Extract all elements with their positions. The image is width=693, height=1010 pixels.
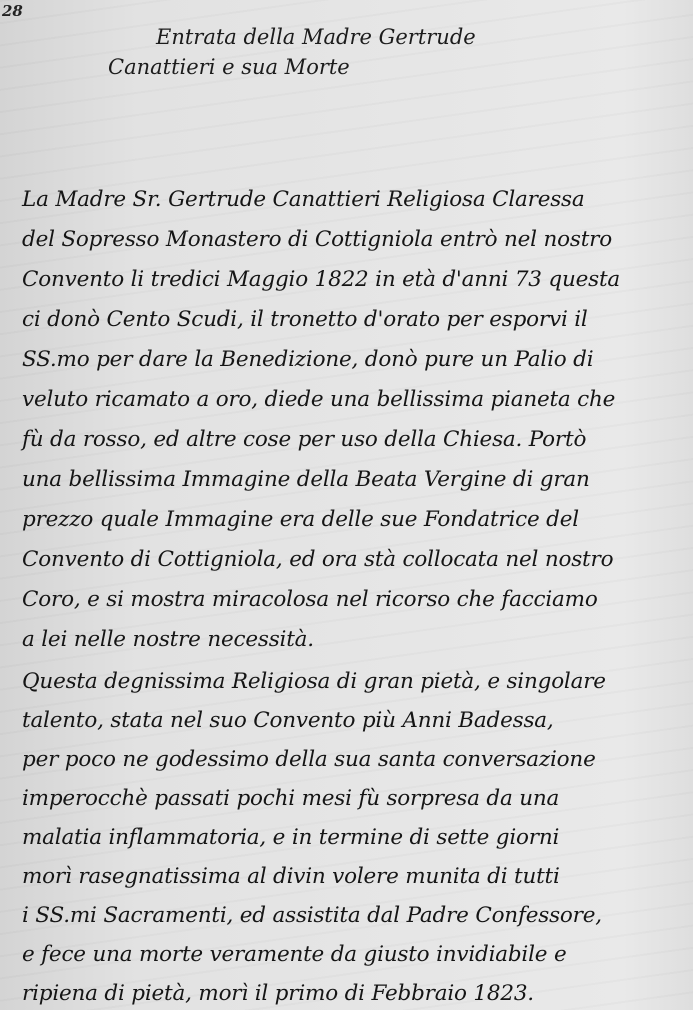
text-line: a lei nelle nostre necessità. — [22, 620, 690, 660]
text-line: imperocchè passati pochi mesi fù sorpres… — [22, 779, 690, 818]
manuscript-page: 28 Entrata della Madre Gertrude Canattie… — [0, 0, 693, 1010]
paragraph-1: La Madre Sr. Gertrude Canattieri Religio… — [22, 180, 690, 660]
text-line: per poco ne godessimo della sua santa co… — [22, 740, 690, 779]
text-line: ci donò Cento Scudi, il tronetto d'orato… — [22, 300, 690, 340]
text-line: La Madre Sr. Gertrude Canattieri Religio… — [22, 180, 690, 220]
text-line: del Sopresso Monastero di Cottigniola en… — [22, 220, 690, 260]
text-line: fù da rosso, ed altre cose per uso della… — [22, 420, 690, 460]
text-line: e fece una morte veramente da giusto inv… — [22, 935, 690, 974]
manuscript-body: La Madre Sr. Gertrude Canattieri Religio… — [22, 180, 690, 1010]
text-line: Coro, e si mostra miracolosa nel ricorso… — [22, 580, 690, 620]
text-line: Convento li tredici Maggio 1822 in età d… — [22, 260, 690, 300]
text-line: morì rasegnatissima al divin volere muni… — [22, 857, 690, 896]
text-line: prezzo quale Immagine era delle sue Fond… — [22, 500, 690, 540]
text-line: ripiena di pietà, morì il primo di Febbr… — [22, 974, 690, 1010]
text-line: i SS.mi Sacramenti, ed assistita dal Pad… — [22, 896, 690, 935]
heading-line-2: Canattieri e sua Morte — [108, 52, 476, 82]
text-line: malatia inflammatoria, e in termine di s… — [22, 818, 690, 857]
text-line: veluto ricamato a oro, diede una belliss… — [22, 380, 690, 420]
text-line: talento, stata nel suo Convento più Anni… — [22, 701, 690, 740]
text-line: una bellissima Immagine della Beata Verg… — [22, 460, 690, 500]
entry-heading: Entrata della Madre Gertrude Canattieri … — [108, 22, 476, 82]
paragraph-2: Questa degnissima Religiosa di gran piet… — [22, 662, 690, 1010]
page-number: 28 — [2, 2, 23, 20]
text-line: Convento di Cottigniola, ed ora stà coll… — [22, 540, 690, 580]
text-line: Questa degnissima Religiosa di gran piet… — [22, 662, 690, 701]
text-line: SS.mo per dare la Benedizione, donò pure… — [22, 340, 690, 380]
heading-line-1: Entrata della Madre Gertrude — [108, 22, 476, 52]
